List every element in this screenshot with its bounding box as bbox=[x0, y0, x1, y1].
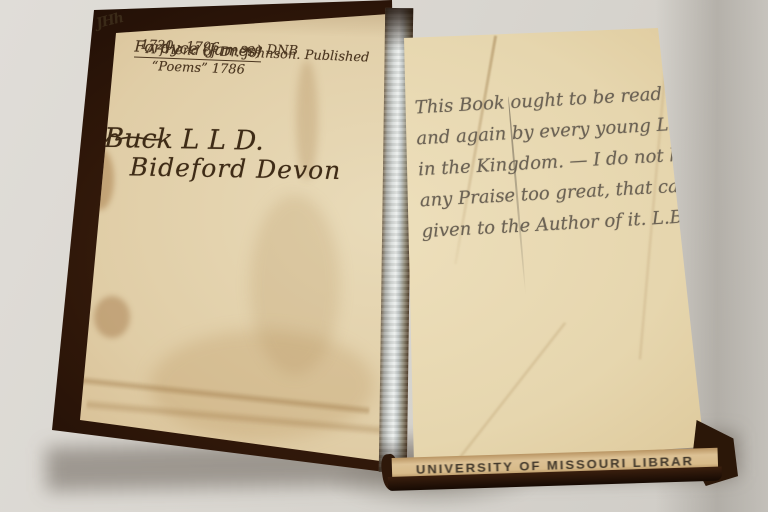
signature-name: Buck L L D. bbox=[104, 122, 264, 156]
photograph-open-antique-book: Fordyce (James)1720 - 1796 — see DNB A f… bbox=[0, 0, 768, 512]
paper-stain bbox=[250, 195, 340, 375]
owner-signature: Buck L L D. Bideford Devon bbox=[104, 128, 342, 185]
bibliographic-note: Fordyce (James)1720 - 1796 — see DNB A f… bbox=[133, 37, 369, 82]
signature-place: Bideford Devon bbox=[130, 152, 342, 185]
paper-stain bbox=[94, 296, 130, 338]
